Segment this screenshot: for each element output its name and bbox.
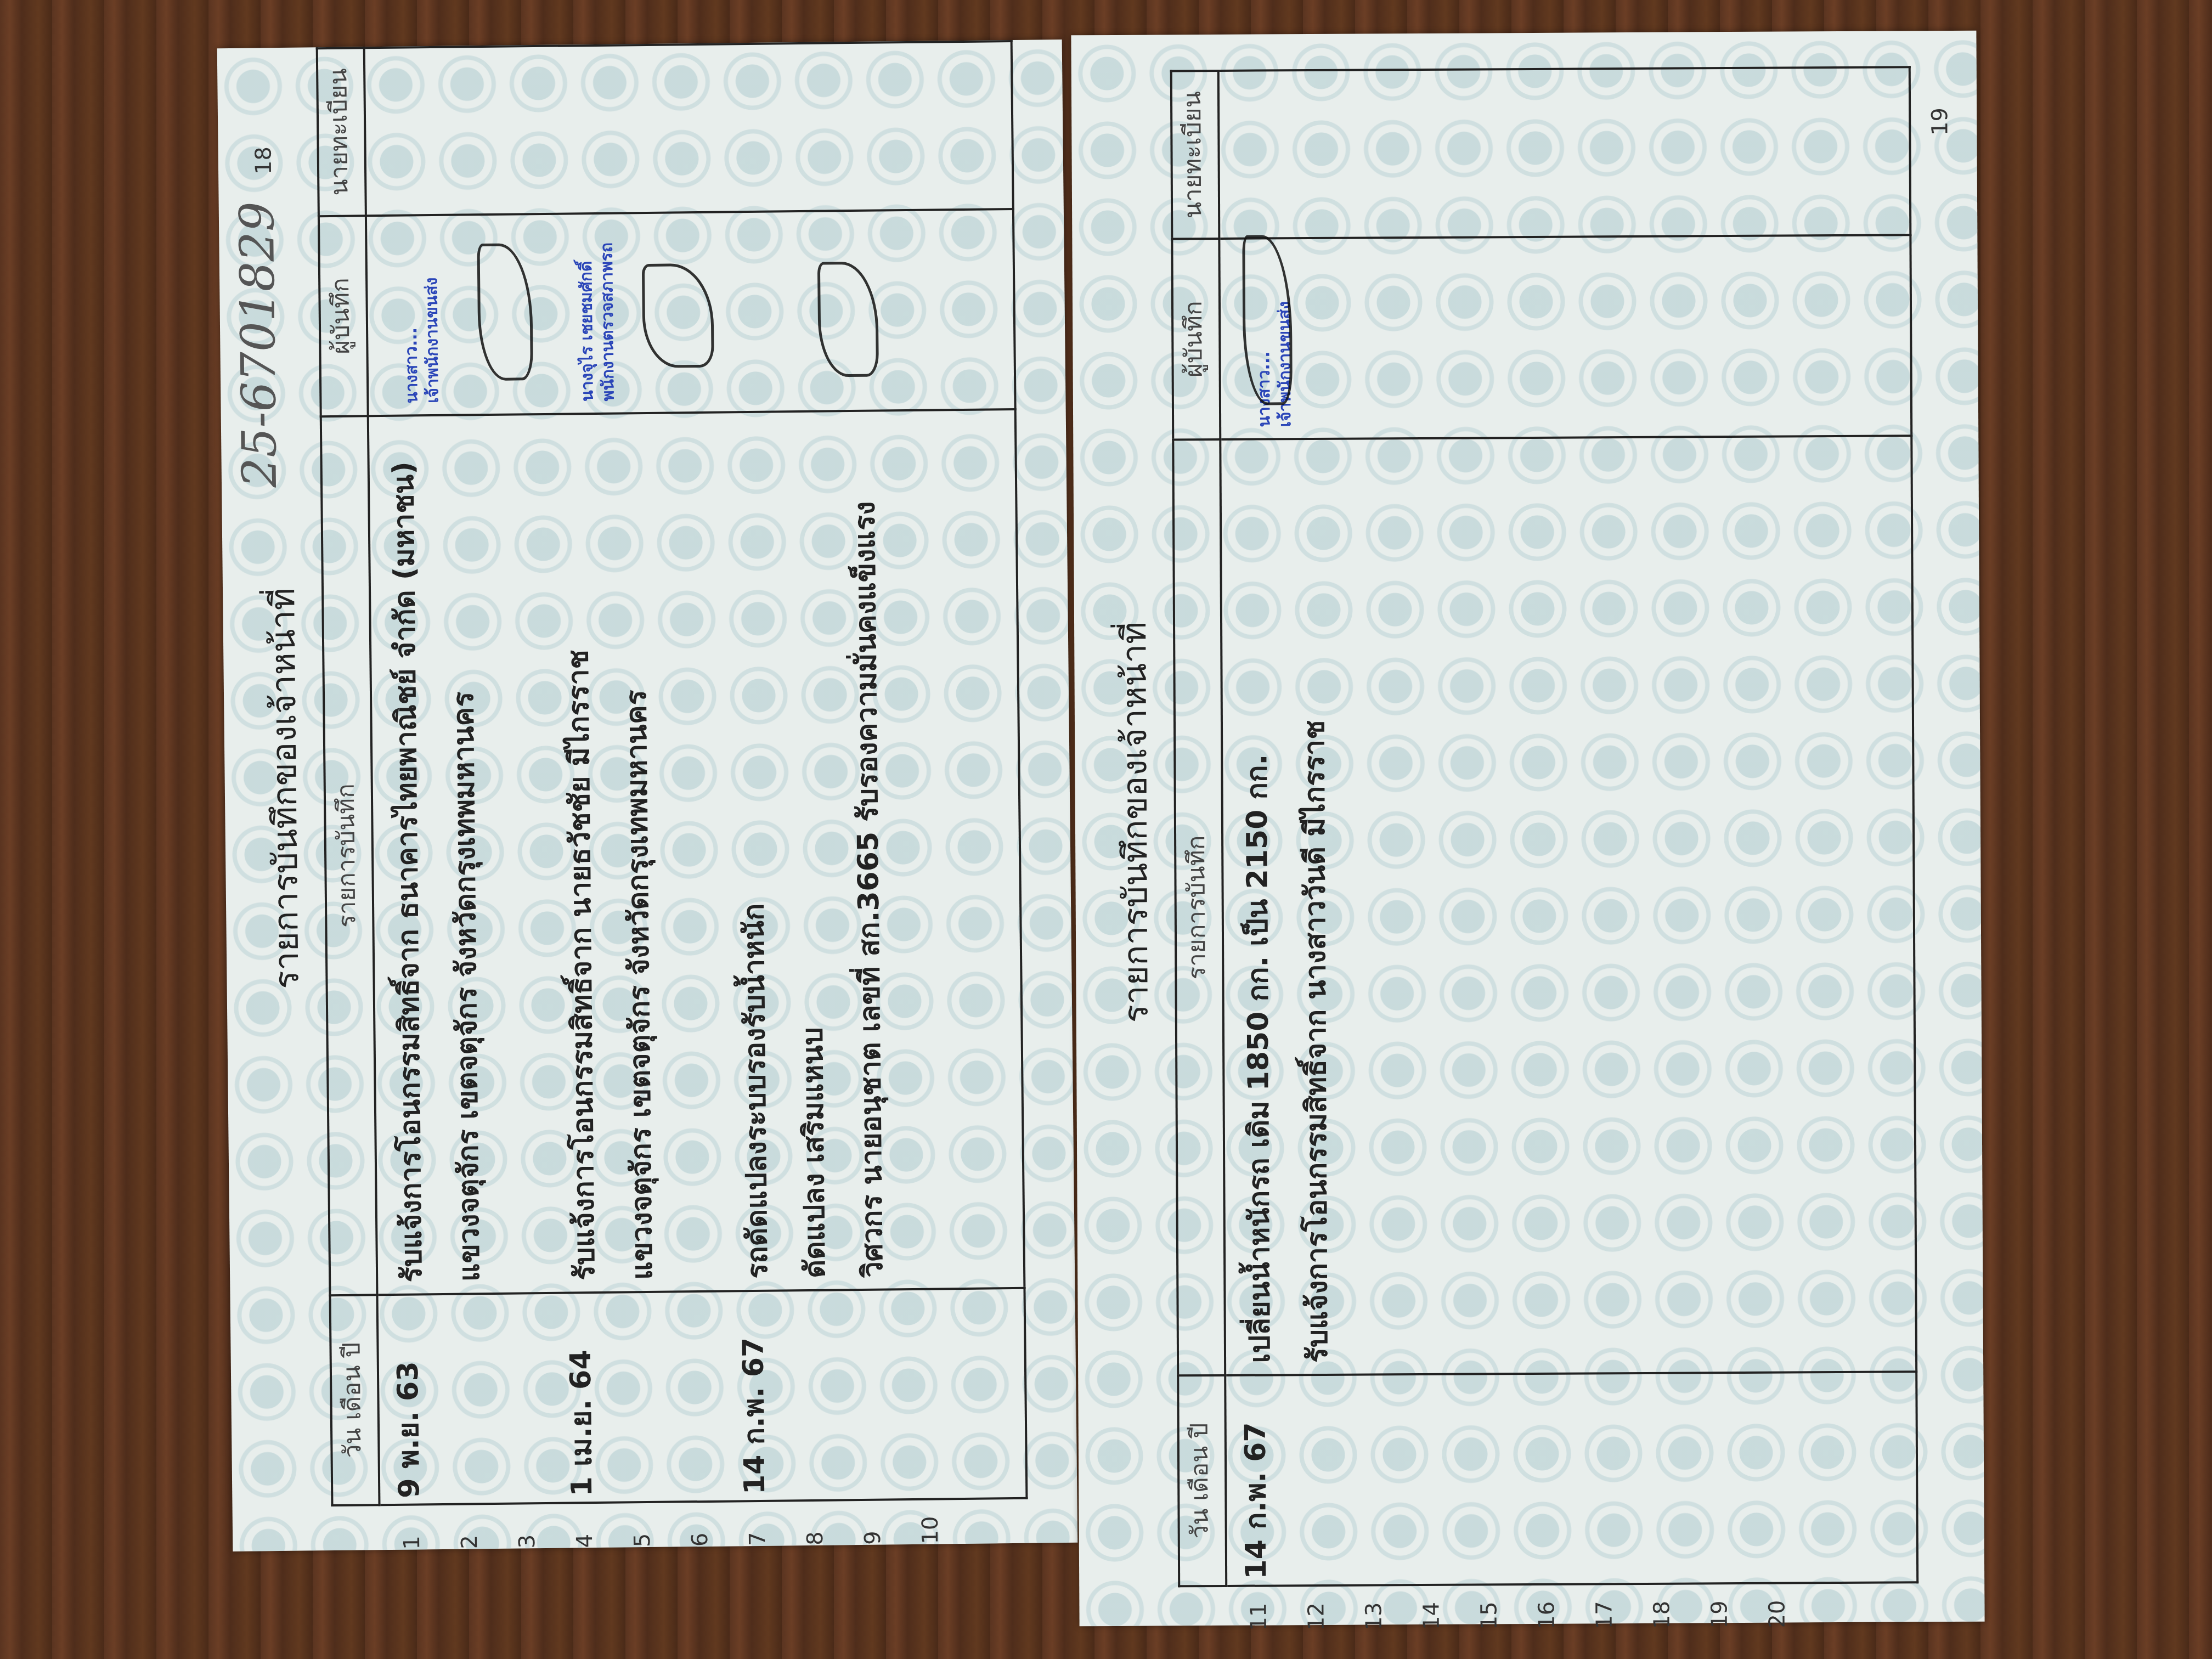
entry-line: วิศวกร นายอนุชาต เลขที่ สก.3665 รับรองคว… xyxy=(836,422,902,1278)
col-registrar: นายทะเบียน xyxy=(1171,71,1220,239)
page-19-content: 19 รายการบันทึกของเจ้าหน้าที่ วัน เดือน … xyxy=(1071,31,1984,1610)
entries-cell: เปลี่ยนน้ำหนักรถ เดิม 1850 กก. เป็น 2150… xyxy=(1220,436,1916,1375)
registrar-cell xyxy=(1218,67,1911,239)
records-table: วัน เดือน ปี รายการบันทึก ผู้บันทึก นายท… xyxy=(316,40,1028,1506)
page-18: 25-6701829 18 รายการบันทึกของเจ้าหน้าที่… xyxy=(217,39,1078,1551)
page-19: 19 รายการบันทึกของเจ้าหน้าที่ วัน เดือน … xyxy=(1071,31,1984,1627)
line-numbers: 12345678910 xyxy=(383,1516,960,1550)
entry-date: 9 พ.ย. 63 xyxy=(384,1300,559,1498)
recorder-cell: นางสาว...เจ้าพนักงานขนส่ง xyxy=(1219,235,1911,439)
records-table: วัน เดือน ปี รายการบันทึก ผู้บันทึก นายท… xyxy=(1170,66,1918,1587)
page-title: รายการบันทึกของเจ้าหน้าที่ xyxy=(250,47,319,1529)
entry-line: แขวงจตุจักร เขตจตุจักร จังหวัดกรุงเทพมหา… xyxy=(432,427,499,1282)
entry-date: 14 ก.พ. 67 xyxy=(1232,1381,1278,1579)
vehicle-registration-book: 25-6701829 18 รายการบันทึกของเจ้าหน้าที่… xyxy=(225,33,1980,1646)
signature xyxy=(1242,235,1293,405)
col-date: วัน เดือน ปี xyxy=(1178,1375,1226,1586)
entry-date: 14 ก.พ. 67 xyxy=(730,1297,777,1494)
entry-date: 1 เม.ย. 64 xyxy=(557,1297,732,1496)
col-entry: รายการบันทึก xyxy=(1173,439,1225,1375)
entry-line: เปลี่ยนน้ำหนักรถ เดิม 1850 กก. เป็น 2150… xyxy=(1227,451,1289,1363)
entry-line: รับแจ้งการโอนกรรมสิทธิ์จาก นางสาววันดี ม… xyxy=(1284,451,1347,1363)
officer-stamp: นางสาว...เจ้าพนักงานขนส่ง xyxy=(400,277,443,403)
page-18-content: 25-6701829 18 รายการบันทึกของเจ้าหน้าที่… xyxy=(217,39,1077,1530)
line-numbers: 11121314151617181920 xyxy=(1230,1600,1806,1630)
entry-line: ดัดแปลง เสริมแหนบ xyxy=(778,423,844,1278)
entry-line: รถดัดแปลงระบบรองรับน้ำหนัก xyxy=(720,424,787,1279)
col-recorder: ผู้บันทึก xyxy=(1172,239,1220,439)
signature xyxy=(642,263,714,368)
entries-cell: รับแจ้งการโอนกรรมสิทธิ์จาก ธนาคารไทยพาณิ… xyxy=(368,409,1025,1295)
entry-line: รับแจ้งการโอนกรรมสิทธิ์จาก ธนาคารไทยพาณิ… xyxy=(375,427,441,1283)
page-number: 19 xyxy=(1927,108,1953,136)
col-recorder: ผู้บันทึก xyxy=(319,216,368,416)
col-entry: รายการบันทึก xyxy=(321,416,377,1295)
inspector-stamp: นางจุไร เชยชมศักดิ์พนักงานตรวจสภาพรถ xyxy=(575,242,619,402)
recorder-cell: นางสาว...เจ้าพนักงานขนส่ง นางจุไร เชยชมศ… xyxy=(366,209,1015,416)
col-date: วัน เดือน ปี xyxy=(330,1295,380,1505)
col-registrar: นายทะเบียน xyxy=(317,48,366,216)
signature xyxy=(817,261,879,377)
dates-cell: 14 ก.พ. 67 xyxy=(1225,1372,1917,1586)
signature xyxy=(477,243,533,381)
registrar-cell xyxy=(364,41,1013,216)
entry-line: แขวงจตุจักร เขตจตุจักร จังหวัดกรุงเทพมหา… xyxy=(605,425,672,1280)
page-title: รายการบันทึกของเจ้าหน้าที่ xyxy=(1104,35,1166,1610)
entry-line: รับแจ้งการโอนกรรมสิทธิ์จาก นายธวัชชัย มี… xyxy=(548,426,614,1281)
dates-cell: 9 พ.ย. 63 1 เม.ย. 64 14 ก.พ. 67 xyxy=(377,1288,1027,1505)
